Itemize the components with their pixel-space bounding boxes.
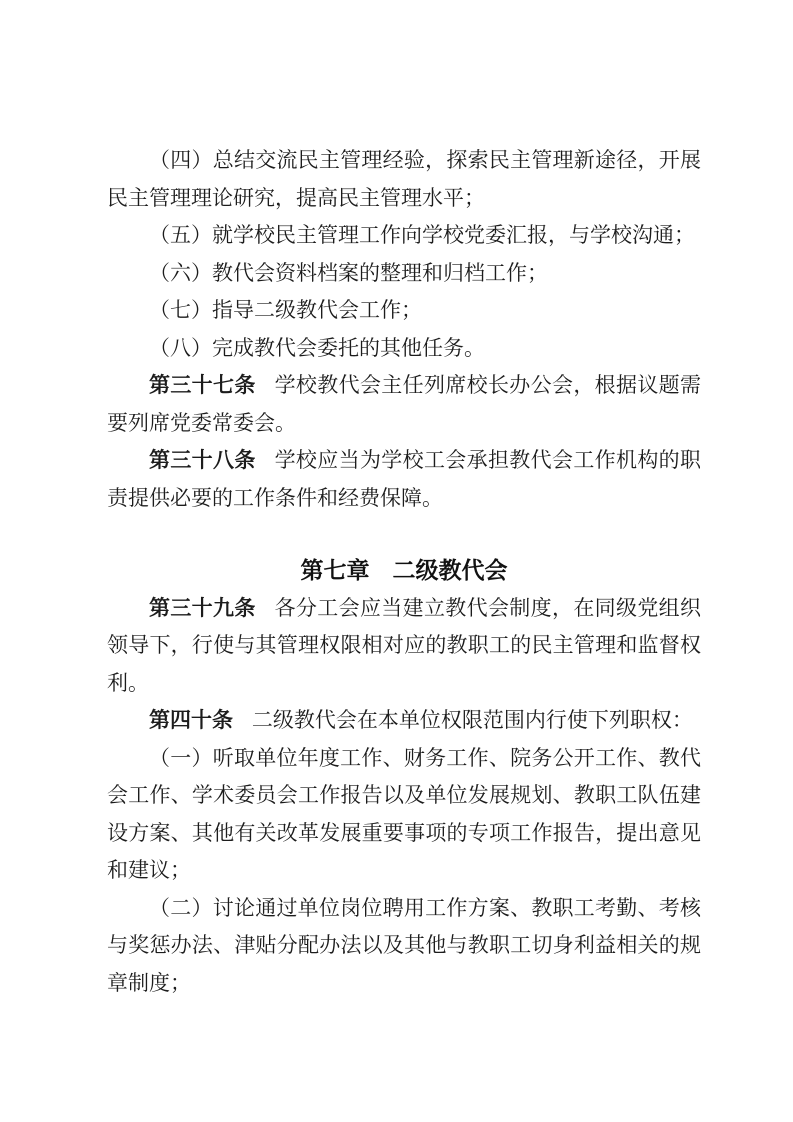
- article-38-number: 第三十八条: [149, 448, 256, 472]
- list-item-2: （二）讨论通过单位岗位聘用工作方案、教职工考勤、考核与奖惩办法、津贴分配办法以及…: [107, 890, 701, 1003]
- chapter-heading: 第七章 二级教代会: [107, 552, 701, 590]
- document-page: （四）总结交流民主管理经验，探索民主管理新途径，开展民主管理理论研究，提高民主管…: [0, 0, 793, 1122]
- document-content: （四）总结交流民主管理经验，探索民主管理新途径，开展民主管理理论研究，提高民主管…: [107, 142, 701, 1002]
- list-item-6: （六）教代会资料档案的整理和归档工作；: [107, 255, 701, 293]
- article-40-number: 第四十条: [149, 708, 233, 732]
- list-item-5: （五）就学校民主管理工作向学校党委汇报，与学校沟通；: [107, 217, 701, 255]
- list-item-8: （八）完成教代会委托的其他任务。: [107, 330, 701, 368]
- article-38: 第三十八条学校应当为学校工会承担教代会工作机构的职责提供必要的工作条件和经费保障…: [107, 442, 701, 517]
- list-item-7: （七）指导二级教代会工作；: [107, 292, 701, 330]
- article-37: 第三十七条学校教代会主任列席校长办公会，根据议题需要列席党委常委会。: [107, 367, 701, 442]
- article-39-number: 第三十九条: [149, 596, 256, 620]
- list-item-1: （一）听取单位年度工作、财务工作、院务公开工作、教代会工作、学术委员会工作报告以…: [107, 740, 701, 890]
- article-39: 第三十九条各分工会应当建立教代会制度，在同级党组织领导下，行使与其管理权限相对应…: [107, 590, 701, 703]
- article-40: 第四十条二级教代会在本单位权限范围内行使下列职权：: [107, 702, 701, 740]
- list-item-4: （四）总结交流民主管理经验，探索民主管理新途径，开展民主管理理论研究，提高民主管…: [107, 142, 701, 217]
- article-37-number: 第三十七条: [149, 373, 256, 397]
- article-40-text: 二级教代会在本单位权限范围内行使下列职权：: [252, 708, 693, 732]
